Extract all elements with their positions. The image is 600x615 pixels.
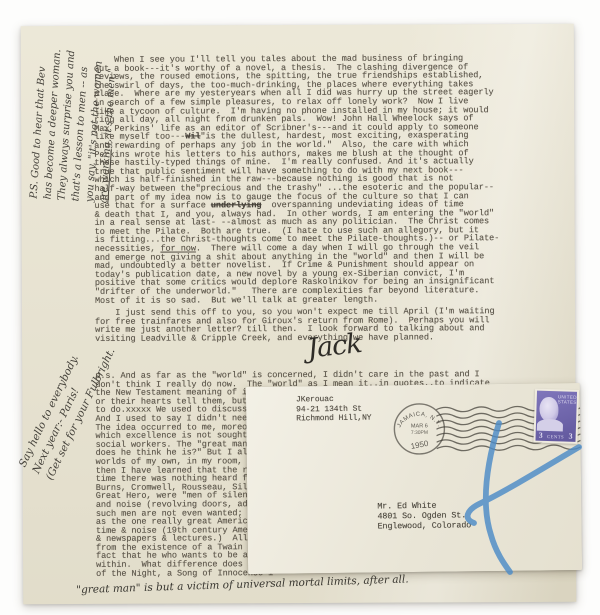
postmark-date: MAR 6 [411, 423, 428, 429]
photo-background: P.S. Good to hear that Bev has become a … [0, 0, 600, 615]
letter-paragraph-1: When I see you I'll tell you tales about… [94, 54, 543, 305]
blue-crayon-mark [450, 413, 590, 578]
postmark-time: 7:30PM [411, 430, 428, 436]
return-address: JKerouac 94-21 134th St Richmond Hill,NY [296, 395, 372, 425]
signature-jack: Jack [306, 330, 363, 363]
stamp-country-label: UNITED STATES [558, 394, 576, 405]
postmark-year: 1950 [410, 439, 430, 451]
